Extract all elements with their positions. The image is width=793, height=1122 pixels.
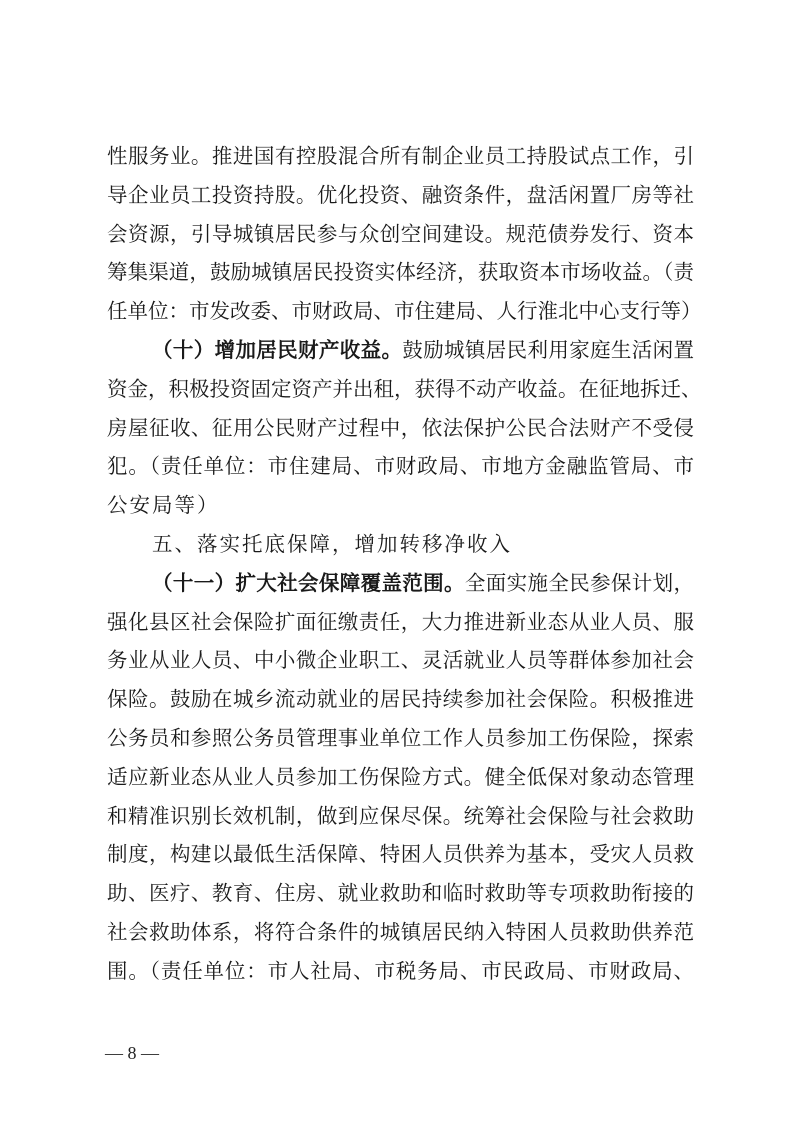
- page-number: — 8 —: [105, 1040, 159, 1066]
- text-line: 房屋征收、征用公民财产过程中，依法保护公民合法财产不受侵: [107, 409, 694, 448]
- section-11-title: （十一）扩大社会保障覆盖范围。: [152, 571, 465, 595]
- text-line: 导企业员工投资持股。优化投资、融资条件，盘活闲置厂房等社: [107, 176, 694, 215]
- text-line: 筹集渠道，鼓励城镇居民投资实体经济，获取资本市场收益。（责: [107, 253, 694, 292]
- text-line: 资金，积极投资固定资产并出租，获得不动产收益。在征地拆迁、: [107, 370, 694, 409]
- section-10-text: 鼓励城镇居民利用家庭生活闲置: [402, 338, 694, 362]
- text-line: 助、医疗、教育、住房、就业救助和临时救助等专项救助衔接的: [107, 874, 694, 913]
- text-line: 公安局等）: [107, 486, 694, 525]
- text-line: 性服务业。推进国有控股混合所有制企业员工持股试点工作，引: [107, 137, 694, 176]
- text-line: 适应新业态从业人员参加工伤保险方式。健全低保对象动态管理: [107, 758, 694, 797]
- section-10-title: （十）增加居民财产收益。: [152, 338, 402, 362]
- text-line: 保险。鼓励在城乡流动就业的居民持续参加社会保险。积极推进: [107, 680, 694, 719]
- section-11-first-line: （十一）扩大社会保障覆盖范围。全面实施全民参保计划，: [107, 564, 694, 603]
- text-line: 务业从业人员、中小微企业职工、灵活就业人员等群体参加社会: [107, 641, 694, 680]
- text-line: 强化县区社会保险扩面征缴责任，大力推进新业态从业人员、服: [107, 603, 694, 642]
- text-line: 和精准识别长效机制，做到应保尽保。统筹社会保险与社会救助: [107, 797, 694, 836]
- text-line: 公务员和参照公务员管理事业单位工作人员参加工伤保险，探索: [107, 719, 694, 758]
- text-line: 任单位：市发改委、市财政局、市住建局、人行淮北中心支行等）: [107, 292, 694, 331]
- text-line: 犯。（责任单位：市住建局、市财政局、市地方金融监管局、市: [107, 447, 694, 486]
- body-text: 性服务业。推进国有控股混合所有制企业员工持股试点工作，引 导企业员工投资持股。优…: [107, 137, 694, 991]
- text-line: 会资源，引导城镇居民参与众创空间建设。规范债券发行、资本: [107, 215, 694, 254]
- text-line: 社会救助体系，将符合条件的城镇居民纳入特困人员救助供养范: [107, 913, 694, 952]
- document-page: 性服务业。推进国有控股混合所有制企业员工持股试点工作，引 导企业员工投资持股。优…: [0, 0, 793, 1122]
- section-11-text: 全面实施全民参保计划，: [465, 571, 694, 595]
- text-line: 制度，构建以最低生活保障、特困人员供养为基本，受灾人员救: [107, 835, 694, 874]
- chapter-heading: 五、落实托底保障，增加转移净收入: [107, 525, 694, 564]
- text-line: 围。（责任单位：市人社局、市税务局、市民政局、市财政局、: [107, 952, 694, 991]
- section-10-first-line: （十）增加居民财产收益。鼓励城镇居民利用家庭生活闲置: [107, 331, 694, 370]
